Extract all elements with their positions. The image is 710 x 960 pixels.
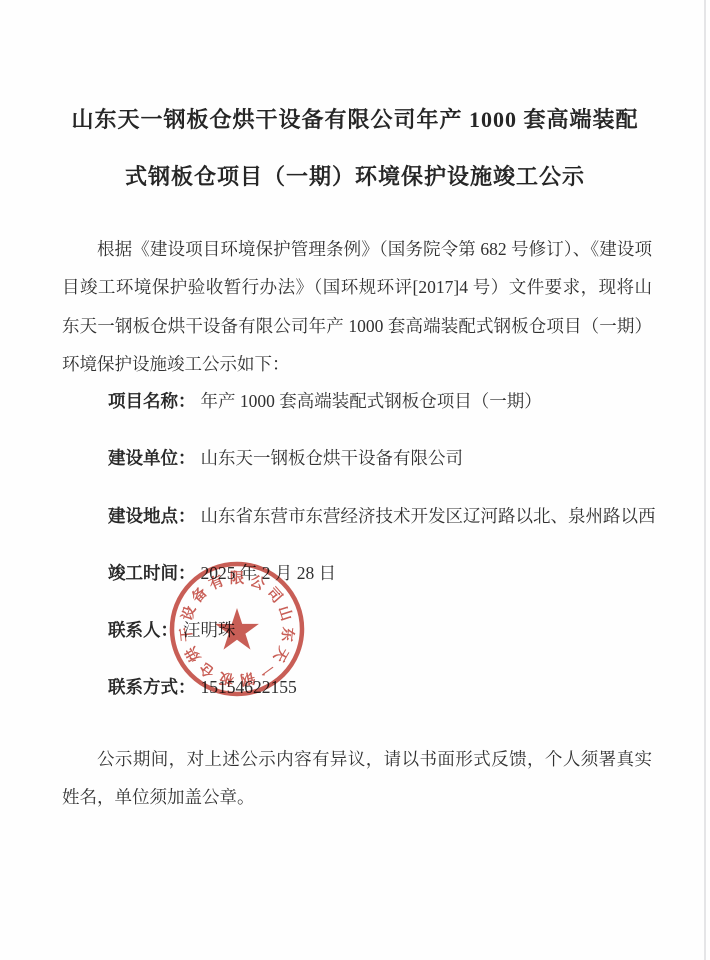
field-row-project-name: 项目名称：年产 1000 套高端装配式钢板仓项目（一期） (62, 390, 654, 447)
field-value: 山东天一钢板仓烘干设备有限公司 (201, 448, 464, 468)
field-row-construction-site: 建设地点：山东省东营市东营经济技术开发区辽河路以北、泉州路以西 (62, 505, 654, 562)
field-row-contact-phone: 联系方式：15154622155 (62, 676, 654, 733)
field-label: 建设地点： (108, 506, 196, 526)
field-row-contact-person: 联系人：汪明珠 (62, 619, 654, 676)
field-label: 竣工时间： (108, 563, 196, 583)
field-label: 建设单位： (108, 448, 196, 468)
field-label: 联系方式： (108, 677, 196, 697)
document-page: 山东天一钢板仓烘干设备有限公司年产 1000 套高端装配 式钢板仓项目（一期）环… (0, 0, 710, 960)
notice-title: 山东天一钢板仓烘干设备有限公司年产 1000 套高端装配 式钢板仓项目（一期）环… (0, 91, 710, 205)
closing-paragraph: 公示期间，对上述公示内容有异议，请以书面形式反馈，个人须署真实姓名，单位须加盖公… (62, 740, 652, 817)
field-value: 15154622155 (201, 677, 297, 697)
field-list: 项目名称：年产 1000 套高端装配式钢板仓项目（一期） 建设单位：山东天一钢板… (62, 390, 654, 734)
scan-edge-line (704, 0, 706, 960)
field-value: 山东省东营市东营经济技术开发区辽河路以北、泉州路以西 (201, 506, 656, 526)
field-value: 年产 1000 套高端装配式钢板仓项目（一期） (201, 391, 542, 411)
intro-paragraph: 根据《建设项目环境保护管理条例》（国务院令第 682 号修订）、《建设项目竣工环… (62, 230, 652, 384)
field-value: 2025 年 2 月 28 日 (201, 563, 337, 583)
field-label: 联系人： (108, 620, 178, 640)
notice-title-line-1: 山东天一钢板仓烘干设备有限公司年产 1000 套高端装配 (0, 91, 710, 148)
field-row-completion-date: 竣工时间：2025 年 2 月 28 日 (62, 562, 654, 619)
field-value: 汪明珠 (183, 620, 236, 640)
notice-title-line-2: 式钢板仓项目（一期）环境保护设施竣工公示 (0, 148, 710, 205)
field-label: 项目名称： (108, 391, 196, 411)
field-row-construction-unit: 建设单位：山东天一钢板仓烘干设备有限公司 (62, 447, 654, 504)
